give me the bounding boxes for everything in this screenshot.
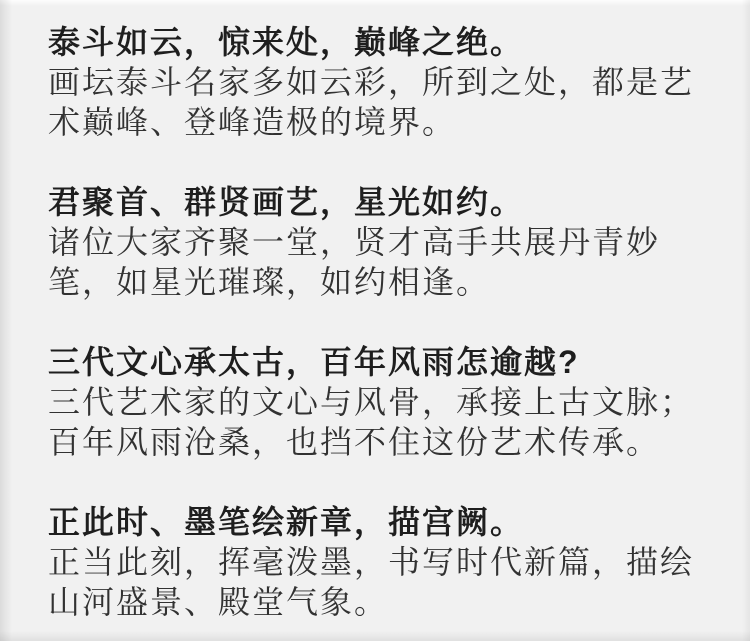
verse-section-3: 三代文心承太古，百年风雨怎逾越? 三代艺术家的文心与风骨，承接上古文脉； 百年风… — [48, 342, 710, 462]
verse-section-1: 泰斗如云，惊来处，巅峰之绝。 画坛泰斗名家多如云彩，所到之处，都是艺 术巅峰、登… — [48, 22, 710, 142]
verse-body-line: 笔，如星光璀璨，如约相逢。 — [48, 262, 710, 302]
verse-body-line: 画坛泰斗名家多如云彩，所到之处，都是艺 — [48, 62, 710, 102]
text-screenshot-page: { "page": { "background_color": "#f1f1f1… — [0, 0, 750, 641]
verse-body-line: 三代艺术家的文心与风骨，承接上古文脉； — [48, 382, 710, 422]
verse-body-line: 正当此刻，挥毫泼墨，书写时代新篇，描绘 — [48, 542, 710, 582]
verse-body-line: 诸位大家齐聚一堂，贤才高手共展丹青妙 — [48, 222, 710, 262]
verse-body-line: 百年风雨沧桑，也挡不住这份艺术传承。 — [48, 422, 710, 462]
bottom-edge-shadow — [0, 631, 750, 641]
verse-body-line: 山河盛景、殿堂气象。 — [48, 582, 710, 622]
verse-section-2: 君聚首、群贤画艺，星光如约。 诸位大家齐聚一堂，贤才高手共展丹青妙 笔，如星光璀… — [48, 182, 710, 302]
verse-article: 泰斗如云，惊来处，巅峰之绝。 画坛泰斗名家多如云彩，所到之处，都是艺 术巅峰、登… — [0, 0, 750, 622]
verse-heading: 泰斗如云，惊来处，巅峰之绝。 — [48, 22, 710, 62]
verse-heading: 正此时、墨笔绘新章，描宫阙。 — [48, 502, 710, 542]
verse-section-4: 正此时、墨笔绘新章，描宫阙。 正当此刻，挥毫泼墨，书写时代新篇，描绘 山河盛景、… — [48, 502, 710, 622]
verse-heading: 三代文心承太古，百年风雨怎逾越? — [48, 342, 710, 382]
verse-heading: 君聚首、群贤画艺，星光如约。 — [48, 182, 710, 222]
verse-body-line: 术巅峰、登峰造极的境界。 — [48, 102, 710, 142]
